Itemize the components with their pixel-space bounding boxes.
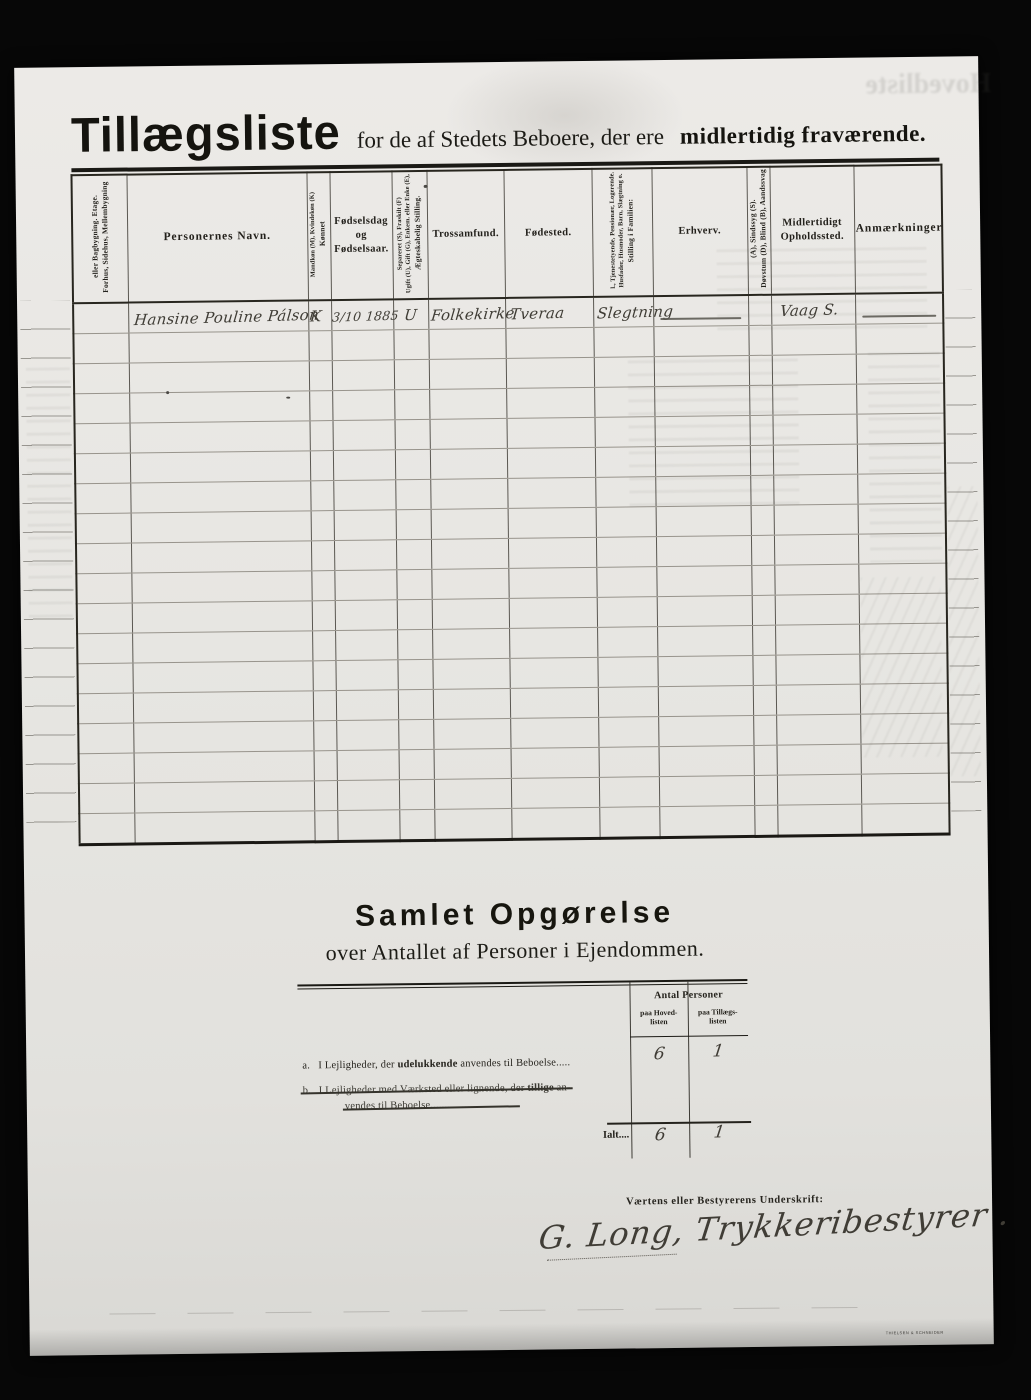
title-suffix: for de af Stedets Beboere, der ere [357, 124, 664, 154]
col-sublabel-aegteskabelig: Ugift (U), Gift (G), Enkem. eller Enke (… [396, 173, 414, 293]
cell-foedested [507, 447, 595, 478]
cell-navn [131, 541, 311, 573]
cell-navn [134, 811, 314, 844]
cell-forhus [75, 453, 130, 484]
cell-trossamfund [434, 808, 511, 840]
cell-navn [129, 391, 309, 423]
cell-trossamfund [431, 508, 508, 539]
cell-forhus [78, 693, 133, 724]
cell-erhverv [657, 655, 752, 686]
col-label-forhus: Forhus, Sidehus, Mellembygning eller Bag… [89, 176, 111, 296]
ink-speck [424, 185, 428, 188]
cell-navn [130, 451, 310, 483]
col-header-forhus: Forhus, Sidehus, Mellembygning eller Bag… [71, 175, 128, 304]
cell-trossamfund [430, 448, 507, 479]
cell-koennet [310, 451, 333, 481]
cell-doevstum [753, 685, 776, 715]
cell-foedselsdag [334, 570, 396, 601]
cell-forhus [76, 573, 131, 604]
cell-stilling [599, 777, 659, 808]
row-b-prefix: b. [303, 1083, 319, 1099]
row-b-text: I Lejligheder med Værksted eller lignend… [319, 1083, 528, 1097]
cell-navn [132, 601, 312, 633]
title-suffix-bold: midlertidig fraværende. [680, 121, 926, 150]
cell-doevstum [752, 625, 775, 655]
entry-foedested: Tveraa [509, 304, 565, 324]
summary-subtitle: over Antallet af Personer i Ejendommen. [255, 935, 775, 967]
cell-foedested [508, 537, 596, 568]
cell-koennet [314, 781, 337, 811]
bleedthrough-texture [716, 247, 927, 335]
cell-foedested [508, 507, 596, 538]
cell-stilling [599, 747, 659, 778]
cell-forhus [76, 543, 131, 574]
row-a-tillaegslisten-value: 1 [687, 1041, 750, 1062]
cell-foedselsdag [333, 450, 395, 481]
col-header-koennet: KønnetMandkøn (M), Kvindekøn (K) [306, 172, 331, 300]
summary-col-group-header: Antal Personer [629, 989, 747, 1001]
row-b-bold: tillige [527, 1082, 554, 1093]
col-hoved-line2: listen [630, 1017, 688, 1027]
summary-col-tillaegslisten: paa Tillægs- listen [688, 1007, 748, 1027]
cell-foedselsdag [336, 720, 398, 751]
ink-speck [286, 397, 290, 399]
cell-koennet [312, 631, 335, 661]
cell-koennet [311, 571, 334, 601]
cell-aegteskabelig [396, 569, 431, 599]
cell-navn [130, 421, 310, 453]
col-label-koennet: Kønnet [317, 174, 329, 294]
row-b-line2: vendes til Beboelse.....................… [345, 1097, 518, 1115]
col-sublabel-stilling: Husfader, Husmoder, Barn, Slægtning o. l… [608, 170, 626, 290]
summary-row-b-struck: b.I Lejligheder med Værksted eller ligne… [303, 1079, 637, 1116]
cell-opholdssted [775, 654, 859, 685]
cell-opholdssted [777, 804, 861, 836]
cell-foedested [511, 747, 599, 778]
cell-navn [133, 691, 313, 723]
cell-trossamfund [429, 418, 506, 449]
cell-trossamfund [433, 718, 510, 749]
cell-erhverv [657, 625, 752, 656]
cell-forhus [74, 393, 129, 424]
cell-foedested: Tveraa [505, 297, 593, 329]
cell-stilling [598, 687, 658, 718]
cell-stilling [593, 327, 653, 358]
bleedthrough-texture [868, 352, 943, 563]
entry-aegteskabelig: U [403, 306, 418, 324]
cell-navn [133, 721, 313, 753]
col-label-trossamfund: Trossamfund. [428, 227, 504, 242]
row-a-bold: udelukkende [397, 1059, 457, 1071]
cell-aegteskabelig [394, 389, 429, 419]
cell-navn [134, 781, 314, 813]
entry-foedselsdag: 3/10 1885 [331, 307, 399, 324]
cell-aegteskabelig [397, 599, 432, 629]
col-label-anmaerkninger: Anmærkninger [855, 221, 942, 238]
cell-erhverv [657, 595, 752, 626]
cell-erhverv [658, 715, 753, 746]
bleedthrough-squiggle [860, 577, 942, 758]
row-a-text: I Lejligheder, der [318, 1059, 397, 1071]
cell-erhverv [656, 505, 751, 536]
cell-erhverv [659, 805, 754, 837]
cell-koennet [314, 811, 337, 842]
cell-forhus [79, 753, 134, 784]
cell-foedselsdag [332, 390, 394, 421]
cell-aegteskabelig [393, 329, 428, 359]
cell-forhus [74, 363, 129, 394]
cell-foedested [509, 657, 597, 688]
cell-erhverv [659, 775, 754, 806]
cell-stilling [597, 657, 657, 688]
scanned-census-page: { "page": { "title": "Tillægsliste", "ti… [0, 0, 1031, 1400]
cell-foedselsdag [333, 420, 395, 451]
col-header-aegteskabelig: Ægteskabelig Stilling.Ugift (U), Gift (G… [391, 171, 428, 299]
cell-foedselsdag [335, 600, 397, 631]
printer-mark: THIELSEN & SCHNEIDER [886, 1330, 944, 1336]
cell-forhus [77, 633, 132, 664]
total-hovedlisten-value: 6 [630, 1125, 691, 1146]
row-a-text-after: anvendes til Beboelse..... [457, 1057, 570, 1069]
cell-opholdssted [776, 684, 860, 715]
cell-doevstum [752, 595, 775, 625]
cell-opholdssted [776, 744, 860, 775]
cell-doevstum [752, 655, 775, 685]
cell-aegteskabelig [396, 509, 431, 539]
cell-opholdssted [774, 504, 858, 535]
cell-foedested [507, 477, 595, 508]
cell-forhus [76, 513, 131, 544]
cell-aegteskabelig [398, 719, 433, 749]
cell-foedested [510, 687, 598, 718]
cell-doevstum [753, 715, 776, 745]
cell-stilling [596, 507, 656, 538]
row-b-text-after: an- [554, 1082, 571, 1093]
cell-trossamfund [433, 688, 510, 719]
cell-aegteskabelig [399, 749, 434, 779]
cell-opholdssted [775, 624, 859, 655]
summary-table: Antal Personer paa Hoved- listen paa Til… [297, 979, 749, 1162]
cell-navn [134, 751, 314, 783]
cell-stilling [599, 807, 659, 839]
cell-foedselsdag [337, 780, 399, 811]
document-title: Tillægsliste for de af Stedets Beboere, … [71, 97, 927, 162]
entry-trossamfund: Folkekirke [430, 304, 515, 324]
cell-forhus [75, 483, 130, 514]
row-a-hovedlisten-value: 6 [629, 1044, 690, 1065]
cell-forhus [73, 333, 128, 364]
cell-foedested [511, 807, 599, 839]
cell-foedested [506, 357, 594, 388]
cell-trossamfund [429, 388, 506, 419]
cell-trossamfund: Folkekirke [428, 298, 505, 329]
col-label-erhverv: Erhverv. [653, 224, 747, 239]
col-header-navn: Personernes Navn. [126, 172, 308, 302]
cell-stilling [598, 717, 658, 748]
cell-aegteskabelig [396, 539, 431, 569]
cell-foedested [510, 717, 598, 748]
total-label: Ialt.... [529, 1130, 629, 1142]
cell-trossamfund [431, 568, 508, 599]
cell-koennet [314, 751, 337, 781]
cell-koennet [313, 721, 336, 751]
cell-foedested [506, 387, 594, 418]
cell-forhus [78, 723, 133, 754]
cell-navn: Hansine Pouline Pálson [128, 300, 308, 333]
cell-koennet [310, 481, 333, 511]
col-label-navn: Personernes Navn. [128, 229, 307, 247]
cell-foedselsdag [334, 510, 396, 541]
col-label-aegteskabelig: Ægteskabelig Stilling. [412, 172, 424, 292]
ink-speck [166, 391, 169, 394]
cell-aegteskabelig [398, 689, 433, 719]
col-label-foedested: Fødested. [505, 226, 592, 241]
cell-foedselsdag [332, 360, 394, 391]
cell-koennet [309, 391, 332, 421]
col-label-foedselsdag: Fødselsdag og Fødselsaar. [330, 214, 392, 257]
cell-forhus [77, 663, 132, 694]
cell-foedselsdag [337, 750, 399, 781]
total-tillaegslisten-value: 1 [688, 1122, 751, 1143]
cell-opholdssted [776, 714, 860, 745]
cell-koennet [311, 511, 334, 541]
cell-stilling: Slegtning [593, 296, 653, 327]
cell-foedested [509, 627, 597, 658]
cell-navn [131, 511, 311, 543]
cell-doevstum [751, 535, 774, 565]
col-header-foedselsdag: Fødselsdag og Fødselsaar. [329, 171, 393, 300]
cell-navn [129, 361, 309, 393]
cell-erhverv [656, 535, 751, 566]
cell-trossamfund [432, 628, 509, 659]
cell-foedselsdag [335, 630, 397, 661]
entry-navn: Hansine Pouline Pálson [133, 306, 320, 330]
cell-trossamfund [432, 598, 509, 629]
title-main: Tillægsliste [71, 103, 341, 163]
cell-aegteskabelig [395, 479, 430, 509]
cell-erhverv [656, 565, 751, 596]
summary-col-hovedlisten: paa Hoved- listen [630, 1008, 688, 1028]
cell-erhverv [658, 685, 753, 716]
col-tillaegs-line2: listen [688, 1017, 748, 1027]
cell-forhus [75, 423, 130, 454]
cell-foedselsdag: 3/10 1885 [331, 299, 393, 330]
cell-trossamfund [429, 358, 506, 389]
cell-navn [132, 661, 312, 693]
row-a-prefix: a. [302, 1060, 318, 1071]
cell-foedselsdag [331, 330, 393, 361]
cell-aegteskabelig [397, 629, 432, 659]
cell-trossamfund [430, 478, 507, 509]
cell-foedselsdag [336, 690, 398, 721]
cell-trossamfund [428, 328, 505, 359]
cell-foedselsdag [334, 540, 396, 571]
cell-trossamfund [434, 778, 511, 809]
bleedthrough-texture [628, 358, 800, 510]
cell-koennet [310, 421, 333, 451]
cell-aegteskabelig [394, 359, 429, 389]
cell-forhus [77, 603, 132, 634]
cell-erhverv [659, 745, 754, 776]
cell-aegteskabelig [395, 449, 430, 479]
cell-opholdssted [775, 594, 859, 625]
cell-doevstum [751, 565, 774, 595]
summary-row-a: a.I Lejligheder, der udelukkende anvende… [302, 1057, 628, 1072]
col-label-stilling: Stilling i Familien: [625, 170, 637, 290]
bleedthrough-squiggle [947, 486, 981, 776]
cell-foedselsdag [337, 810, 399, 842]
cell-foedested [508, 567, 596, 598]
cell-doevstum [754, 775, 777, 805]
col-header-foedested: Fødested. [503, 169, 593, 298]
entry-koennet: K [310, 307, 323, 325]
col-label-opholdssted: Midlertidigt Opholdssted. [771, 216, 854, 245]
cell-forhus [73, 303, 128, 334]
bleedthrough-texture [26, 367, 73, 628]
cell-foedested [511, 777, 599, 808]
cell-aegteskabelig [399, 779, 434, 809]
cell-navn [131, 571, 311, 603]
cell-foedested [505, 327, 593, 358]
cell-foedested [509, 597, 597, 628]
cell-doevstum [751, 505, 774, 535]
cell-koennet [311, 541, 334, 571]
cell-opholdssted [777, 774, 861, 805]
summary-title: Samlet Opgørelse [254, 895, 774, 935]
cell-trossamfund [431, 538, 508, 569]
cell-koennet [312, 661, 335, 691]
cell-forhus [79, 783, 134, 814]
cell-opholdssted [774, 534, 858, 565]
cell-aegteskabelig [394, 419, 429, 449]
cell-koennet [308, 331, 331, 361]
cell-foedselsdag [333, 480, 395, 511]
cell-foedselsdag [335, 660, 397, 691]
cell-navn [128, 331, 308, 363]
cell-anmaerkninger [861, 773, 949, 804]
cell-trossamfund [432, 658, 509, 689]
cell-foedested [506, 417, 594, 448]
cell-aegteskabelig [397, 659, 432, 689]
cell-doevstum [754, 805, 777, 836]
cell-navn [132, 631, 312, 663]
cell-stilling [596, 567, 656, 598]
cell-aegteskabelig [399, 809, 434, 840]
cell-stilling [597, 597, 657, 628]
cell-stilling [596, 537, 656, 568]
cell-anmaerkninger [861, 803, 949, 835]
cell-stilling [597, 627, 657, 658]
cell-opholdssted [774, 564, 858, 595]
cell-koennet [312, 601, 335, 631]
cell-koennet [313, 691, 336, 721]
cell-doevstum [754, 745, 777, 775]
col-header-stilling: Stilling i Familien:Husfader, Husmoder, … [591, 168, 653, 297]
cell-koennet [309, 361, 332, 391]
scan-scratch [109, 1307, 889, 1315]
cell-forhus [79, 813, 134, 845]
cell-navn [130, 481, 310, 513]
paper-sheet: Hovedliste Tillægsliste for de af Stedet… [14, 56, 994, 1356]
cell-trossamfund [434, 748, 511, 779]
col-header-trossamfund: Trossamfund. [426, 170, 505, 299]
